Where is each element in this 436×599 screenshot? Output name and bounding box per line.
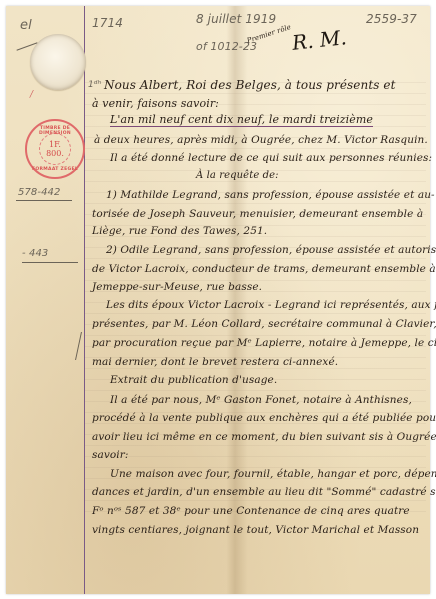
- body-line-8: torisée de Joseph Sauveur, menuisier, de…: [92, 208, 423, 220]
- body-line-19: procédé à la vente publique aux enchères…: [92, 412, 436, 424]
- header-note: Premier rôle: [246, 23, 292, 45]
- document-page: el / TIMBRE DE DIMENSION 1F. 800. FORMAA…: [6, 6, 430, 594]
- body-line-15: par procuration reçue par Mᵉ Lapierre, n…: [92, 337, 436, 349]
- body-line-14: présentes, par M. Léon Collard, secrétai…: [92, 318, 436, 330]
- body-line-3: L'an mil neuf cent dix neuf, le mardi tr…: [110, 113, 373, 127]
- body-line-7: 1) Mathilde Legrand, sans profession, ép…: [106, 189, 435, 201]
- body-line-17: Extrait du publication d'usage.: [110, 374, 277, 386]
- stamp-value: 1F.: [49, 140, 61, 149]
- header-number-right: 2559-37: [366, 12, 417, 26]
- margin-ref-2: - 443: [22, 248, 48, 259]
- margin-ref-1: 578-442: [18, 187, 60, 198]
- red-mark: /: [30, 90, 33, 100]
- body-line-22: Une maison avec four, fournil, étable, h…: [110, 468, 436, 480]
- body-line-6: À la requête de:: [196, 170, 279, 181]
- embossed-seal: [30, 34, 86, 90]
- margin-ref-2-underline: [22, 262, 78, 263]
- tax-stamp: TIMBRE DE DIMENSION 1F. 800. FORMAAT ZEG…: [25, 119, 85, 179]
- stamp-top-text: TIMBRE DE DIMENSION: [27, 126, 83, 136]
- body-line-5: Il a été donné lecture de ce qui suit au…: [110, 152, 432, 164]
- margin-line: [84, 6, 85, 594]
- body-line-9: Liège, rue Fond des Tawes, 251.: [92, 225, 267, 237]
- stamp-bottom-text: FORMAAT ZEGEL: [27, 167, 83, 172]
- body-line-10: 2) Odile Legrand, sans profession, épous…: [106, 244, 436, 256]
- header-number-left: 1714: [92, 16, 123, 30]
- body-line-12: Jemeppe-sur-Meuse, rue basse.: [92, 281, 262, 293]
- check-mark-icon: [57, 332, 82, 360]
- body-line-16: mai dernier, dont le brevet restera ci-a…: [92, 356, 338, 368]
- body-line-20: avoir lieu ici même en ce moment, du bie…: [92, 431, 436, 443]
- margin-ref-1-underline: [16, 200, 72, 201]
- margin-mark-paragraph: 1ᵈʰ: [88, 80, 101, 90]
- body-line-18: Il a été par nous, Mᵉ Gaston Fonet, nota…: [110, 394, 412, 406]
- body-line-23: dances et jardin, d'un ensemble au lieu …: [92, 486, 436, 498]
- body-line-21: savoir:: [92, 449, 129, 461]
- body-line-24: Fᵒ nᵒˢ 587 et 38ᵉ pour une Contenance de…: [92, 505, 410, 517]
- body-line-11: de Victor Lacroix, conducteur de trams, …: [92, 263, 436, 275]
- body-line-2: à venir, faisons savoir:: [92, 97, 219, 110]
- body-line-1: Nous Albert, Roi des Belges, à tous prés…: [104, 78, 396, 92]
- header-initials: R. M.: [291, 25, 348, 55]
- stamp-sub-value: 800.: [46, 149, 64, 158]
- stamp-value-ring: 1F. 800.: [39, 133, 71, 165]
- header-date: 8 juillet 1919: [196, 12, 276, 26]
- body-line-25: vingts centiares, joignant le tout, Vict…: [92, 524, 419, 536]
- body-line-13: Les dits époux Victor Lacroix - Legrand …: [106, 299, 436, 311]
- body-line-4: à deux heures, après midi, à Ougrée, che…: [94, 134, 428, 146]
- margin-mark-el: el: [20, 18, 32, 33]
